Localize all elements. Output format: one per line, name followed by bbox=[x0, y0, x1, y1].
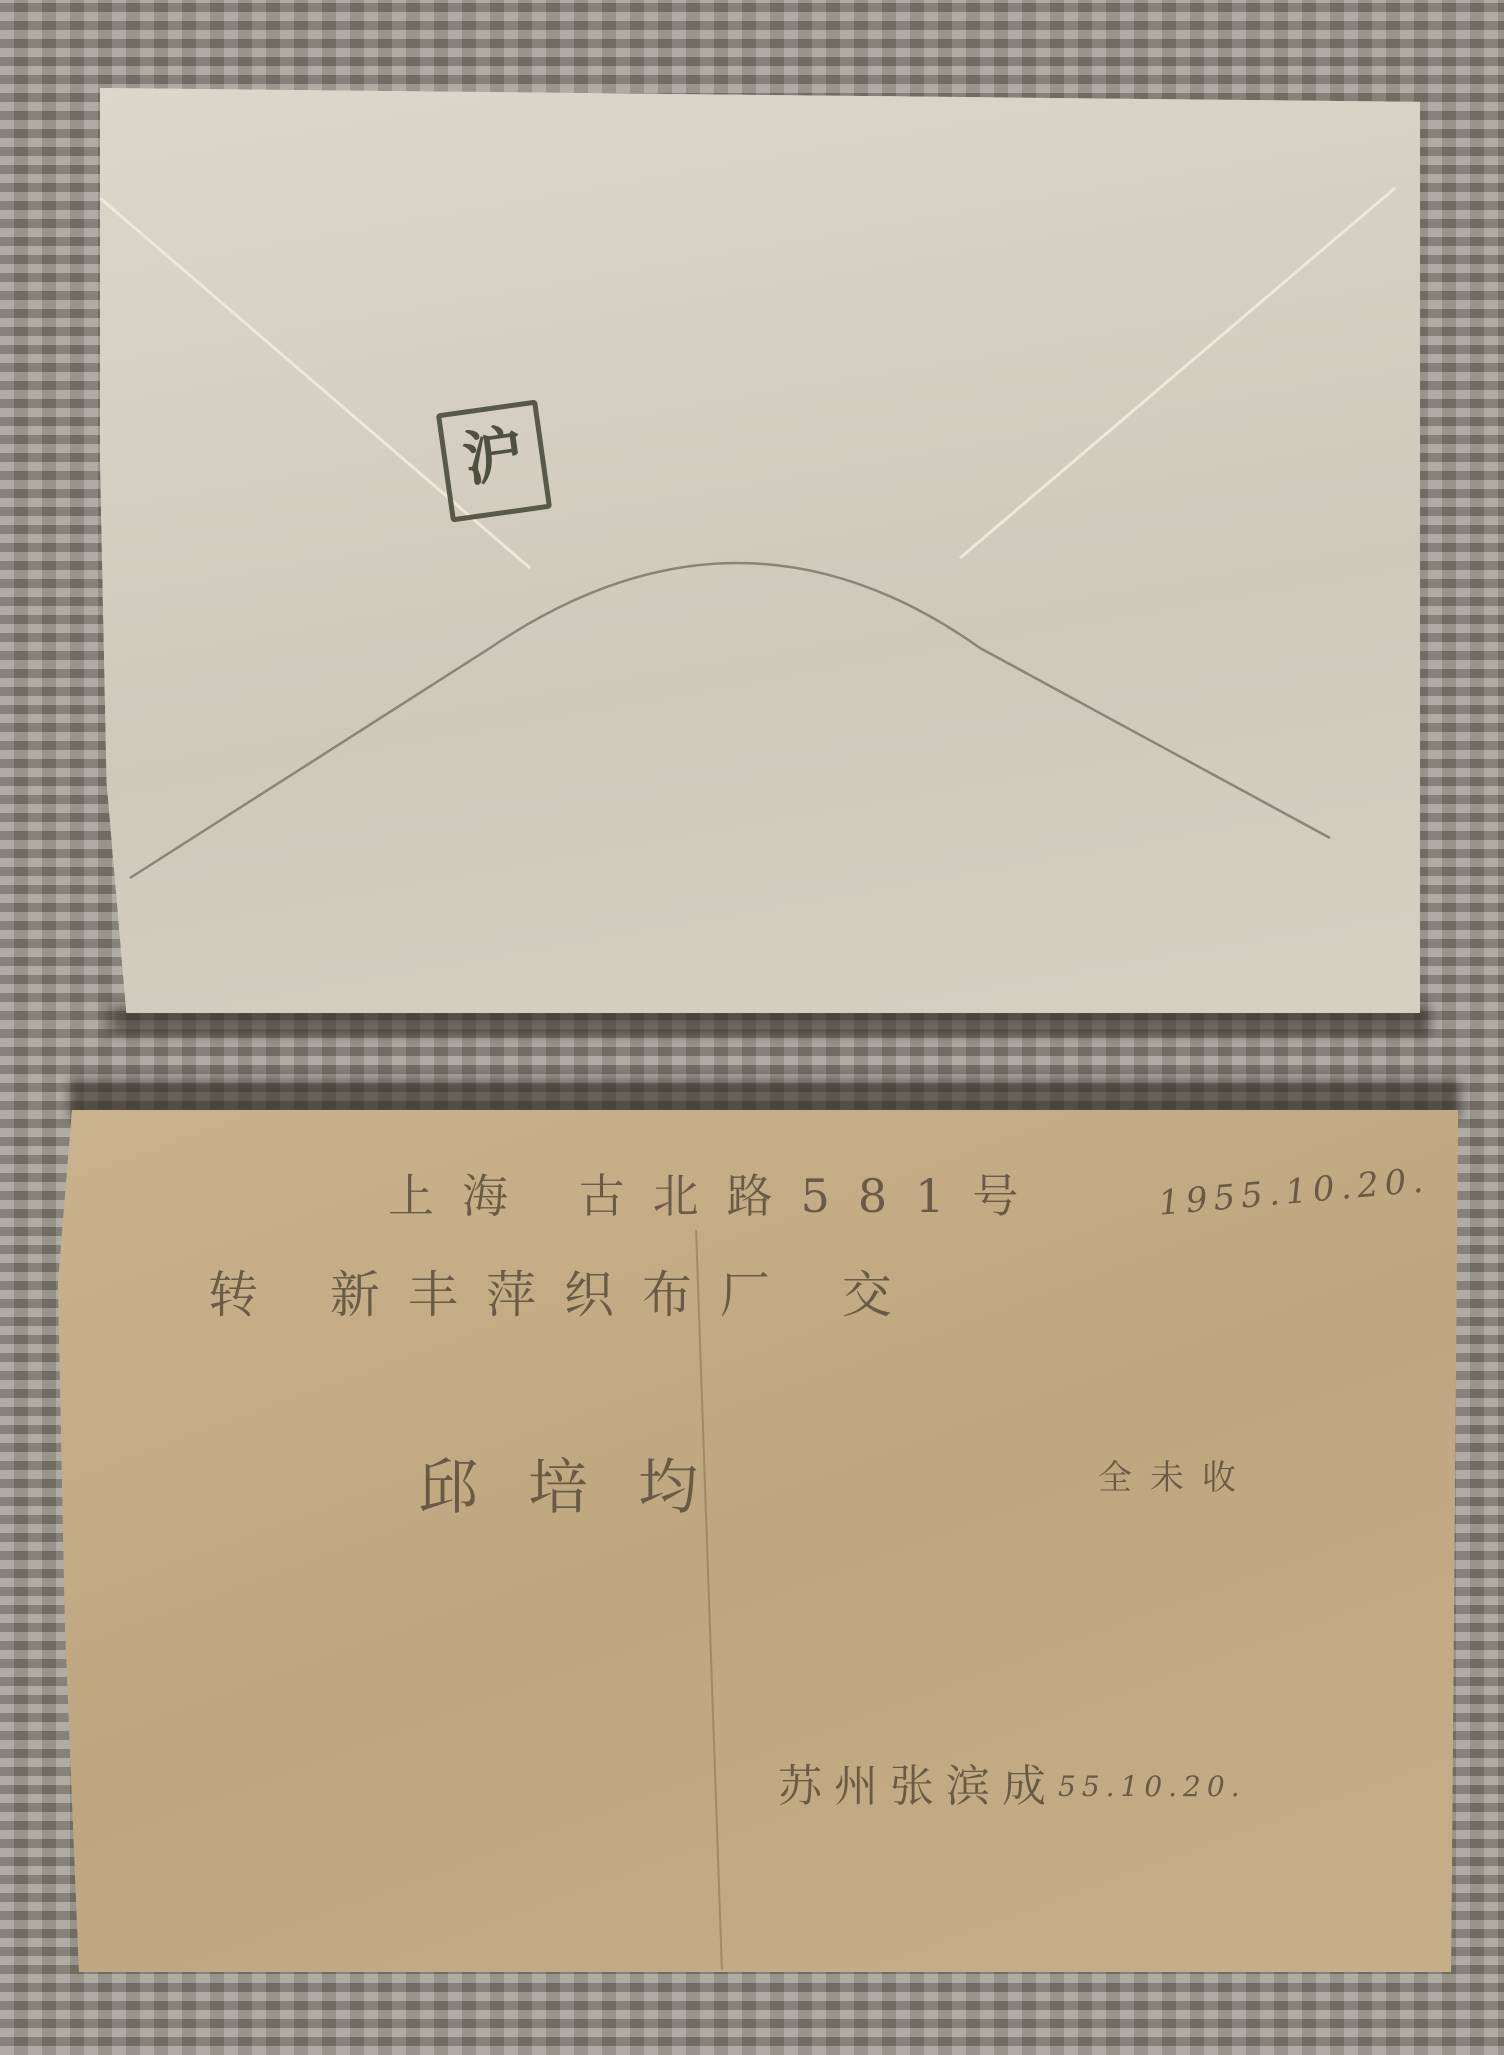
address-line: 上海 古北路581号 bbox=[388, 1160, 1046, 1226]
sender-date: 55.10.20. bbox=[1058, 1770, 1246, 1803]
front-envelope: 上海 古北路581号 1955.10.20. 转 新丰萍织布厂 交 邱培均 全未… bbox=[58, 1110, 1458, 1972]
recipient-suffix: 全未收 bbox=[1098, 1450, 1254, 1499]
recipient-name: 邱培均 bbox=[418, 1440, 748, 1526]
envelope-flap-lines bbox=[100, 88, 1420, 1013]
recipient-line: 转 新丰萍织布厂 交 bbox=[208, 1255, 920, 1327]
paper-crease bbox=[695, 1230, 723, 1970]
address-date: 1955.10.20. bbox=[1157, 1160, 1431, 1224]
postmark-stamp: 沪 bbox=[436, 399, 552, 522]
sender-name: 苏州张滨成 bbox=[778, 1750, 1058, 1814]
back-envelope: 沪 bbox=[100, 88, 1420, 1013]
